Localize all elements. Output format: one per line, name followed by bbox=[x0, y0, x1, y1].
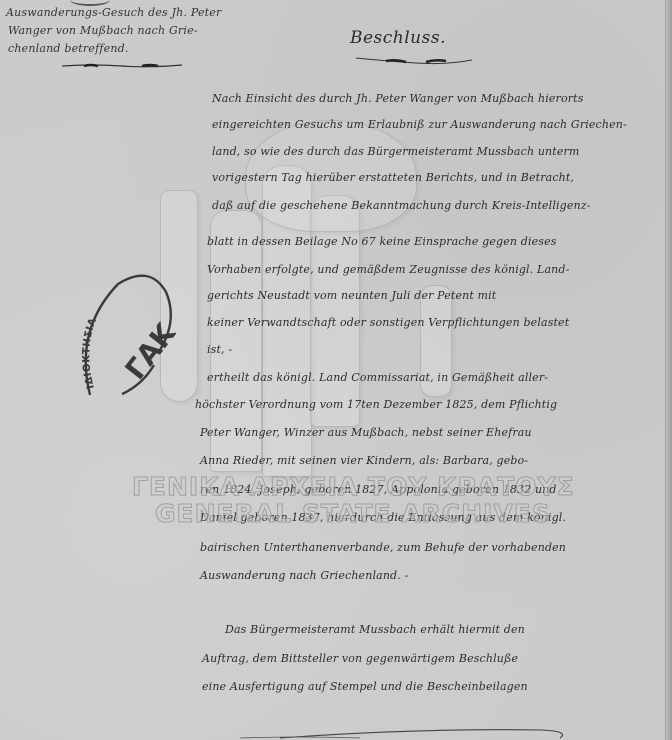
document-page: Auswanderungs-Gesuch des Jh. Peter Wange… bbox=[0, 0, 672, 740]
body-line: keiner Verwandtschaft oder sonstigen Ver… bbox=[207, 316, 569, 329]
body-line: eine Ausfertigung auf Stempel und die Be… bbox=[202, 680, 528, 693]
body-line: Peter Wanger, Winzer aus Mußbach, nebst … bbox=[200, 426, 532, 439]
body-line: Auswanderung nach Griechenland. - bbox=[200, 569, 408, 582]
watermark-text-english: GENERAL STATE ARCHIVES bbox=[155, 499, 551, 528]
stamp-center-text: ΓΑΚ bbox=[118, 316, 176, 386]
ownership-stamp: ΙΔΙΟΚΤΗΣΙΑ ΓΑΚ bbox=[78, 270, 176, 400]
body-line: eingereichten Gesuchs um Erlaubniß zur A… bbox=[212, 118, 627, 131]
body-line: ertheilt das königl. Land Commissariat, … bbox=[207, 371, 548, 384]
watermark-text-greek: ΓΕΝΙΚΑ ΑΡΧΕΙΑ ΤΟΥ ΚΡΑΤΟΥΣ bbox=[132, 472, 575, 501]
body-line: höchster Verordnung vom 17ten Dezember 1… bbox=[195, 398, 557, 411]
body-line: bairischen Unterthanenverbande, zum Behu… bbox=[200, 541, 566, 554]
closing-flourish bbox=[240, 722, 660, 740]
body-line: Vorhaben erfolgte, und gemäßdem Zeugniss… bbox=[207, 263, 569, 276]
body-line: Das Bürgermeisteramt Mussbach erhält hie… bbox=[225, 623, 525, 636]
body-line: Auftrag, dem Bittsteller von gegenwärtig… bbox=[202, 652, 518, 665]
body-line: land, so wie des durch das Bürgermeister… bbox=[212, 145, 580, 158]
body-line: daß auf die geschehene Bekanntmachung du… bbox=[212, 199, 591, 212]
stamp-arc-text: ΙΔΙΟΚΤΗΣΙΑ bbox=[81, 317, 99, 390]
body-line: blatt in dessen Beilage No 67 keine Eins… bbox=[207, 235, 557, 248]
body-line: Anna Rieder, mit seinen vier Kindern, al… bbox=[200, 454, 528, 467]
svg-text:ΙΔΙΟΚΤΗΣΙΑ: ΙΔΙΟΚΤΗΣΙΑ bbox=[81, 317, 99, 390]
body-line: ist, - bbox=[207, 343, 232, 356]
body-line: Nach Einsicht des durch Jh. Peter Wanger… bbox=[212, 92, 584, 105]
body-line: vorigestern Tag hierüber erstatteten Ber… bbox=[212, 171, 574, 184]
body-line: gerichts Neustadt vom neunten Juli der P… bbox=[207, 289, 496, 302]
